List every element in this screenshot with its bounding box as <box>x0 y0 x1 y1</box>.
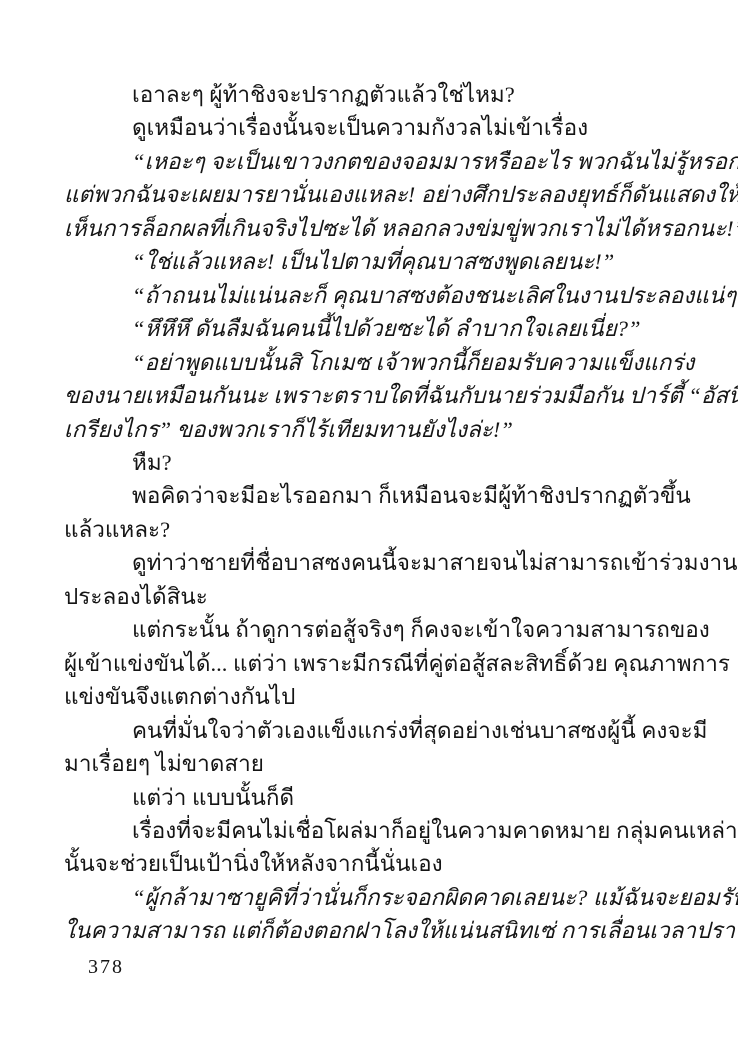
page-text: เอาละๆ ผู้ท้าชิงจะปรากฏตัวแล้วใช่ไหม?ดูเ… <box>64 78 676 948</box>
text-line: มาเรื่อยๆ ไม่ขาดสาย <box>64 747 676 780</box>
text-line: หืม? <box>64 446 676 479</box>
text-line: “หึหึหึ ดันลืมฉันคนนี้ไปด้วยซะได้ ลำบากใ… <box>64 312 676 345</box>
text-line: “อย่าพูดแบบนั้นสิ โกเมซ เจ้าพวกนี้ก็ยอมร… <box>64 346 676 379</box>
text-line: ดูเหมือนว่าเรื่องนั้นจะเป็นความกังวลไม่เ… <box>64 111 676 144</box>
page-number: 378 <box>88 956 124 979</box>
text-line: เห็นการล็อกผลที่เกินจริงไปซะได้ หลอกลวงข… <box>64 212 676 245</box>
text-line: เรื่องที่จะมีคนไม่เชื่อโผล่มาก็อยู่ในควา… <box>64 814 676 847</box>
book-page: เอาละๆ ผู้ท้าชิงจะปรากฏตัวแล้วใช่ไหม?ดูเ… <box>0 0 738 1051</box>
text-line: “ถ้าถนนไม่แน่นละก็ คุณบาสซงต้องชนะเลิศใน… <box>64 279 676 312</box>
text-line: แต่กระนั้น ถ้าดูการต่อสู้จริงๆ ก็คงจะเข้… <box>64 613 676 646</box>
text-line: ดูท่าว่าชายที่ชื่อบาสซงคนนี้จะมาสายจนไม่… <box>64 546 676 579</box>
text-line: ประลองได้สินะ <box>64 580 676 613</box>
text-line: เกรียงไกร” ของพวกเราก็ไร้เทียมทานยังไงล่… <box>64 413 676 446</box>
text-line: ของนายเหมือนกันนะ เพราะตราบใดที่ฉันกับนา… <box>64 379 676 412</box>
text-line: แล้วแหละ? <box>64 513 676 546</box>
text-line: เอาละๆ ผู้ท้าชิงจะปรากฏตัวแล้วใช่ไหม? <box>64 78 676 111</box>
text-line: แต่พวกฉันจะเผยมารยานั่นเองแหละ! อย่างศึก… <box>64 178 676 211</box>
text-line: นั้นจะช่วยเป็นเป้านิ่งให้หลังจากนี้นั่นเ… <box>64 847 676 880</box>
text-line: “ใช่แล้วแหละ! เป็นไปตามที่คุณบาสซงพูดเลย… <box>64 245 676 278</box>
text-line: คนที่มั่นใจว่าตัวเองแข็งแกร่งที่สุดอย่าง… <box>64 714 676 747</box>
text-line: ในความสามารถ แต่ก็ต้องตอกฝาโลงให้แน่นสนิ… <box>64 914 676 947</box>
text-line: “ผู้กล้ามาซายูคิที่ว่านั่นก็กระจอกผิดคาด… <box>64 881 676 914</box>
text-line: แต่ว่า แบบนั้นก็ดี <box>64 781 676 814</box>
text-line: “เหอะๆ จะเป็นเขาวงกตของจอมมารหรืออะไร พว… <box>64 145 676 178</box>
text-line: ผู้เข้าแข่งขันได้... แต่ว่า เพราะมีกรณีท… <box>64 647 676 680</box>
text-line: พอคิดว่าจะมีอะไรออกมา ก็เหมือนจะมีผู้ท้า… <box>64 479 676 512</box>
text-line: แข่งขันจึงแตกต่างกันไป <box>64 680 676 713</box>
